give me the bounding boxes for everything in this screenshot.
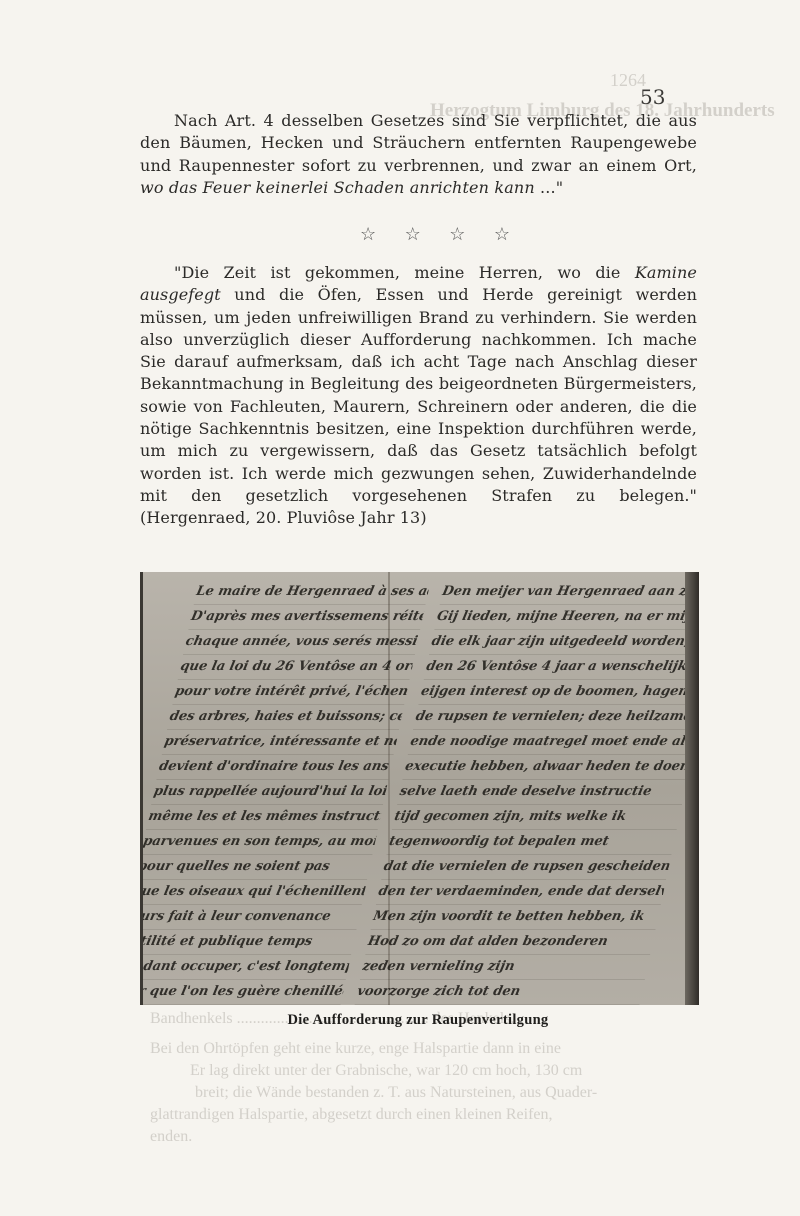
manuscript-line: tijd gecomen zijn, mits welke ik bbox=[392, 805, 682, 830]
manuscript-line: Men zijn voordit te betten hebben, ik bbox=[370, 905, 660, 930]
manuscript-line: pour que l'on les guère chenillées bbox=[140, 980, 346, 1005]
manuscript-line: Le maire de Hergenraed à ses administrés bbox=[194, 580, 431, 605]
manuscript-line: l'utilité et publique temps bbox=[140, 930, 356, 955]
page-number: 53 bbox=[640, 85, 665, 109]
star-icon: ☆ bbox=[449, 224, 465, 245]
show-through-text: glattrandigen Halspartie, abgesetzt durc… bbox=[150, 1106, 553, 1124]
section-separator: ☆ ☆ ☆ ☆ bbox=[360, 224, 510, 245]
star-icon: ☆ bbox=[360, 224, 376, 245]
manuscript-line: parvenues en son temps, au moins bbox=[140, 830, 377, 855]
manuscript-line: de rupsen te vernielen; deze heilzame, g… bbox=[413, 705, 699, 730]
manuscript-line: eijgen interest op de boomen, hagen ende… bbox=[418, 680, 699, 705]
paragraph-1-italic: wo das Feuer keinerlei Schaden anrichten… bbox=[140, 178, 535, 197]
manuscript-line: même les et les mêmes instructions bbox=[146, 805, 383, 830]
manuscript-line: des arbres, haies et buissons; cette mes… bbox=[167, 705, 404, 730]
manuscript-line: Den meijer van Hergenraed aan zijne gedm… bbox=[440, 580, 699, 605]
paragraph-1: Nach Art. 4 desselben Gesetzes sind Sie … bbox=[140, 110, 697, 199]
star-icon: ☆ bbox=[405, 224, 421, 245]
paragraph-1-end: ..." bbox=[535, 178, 563, 197]
manuscript-line: voorzorge zich tot den bbox=[354, 980, 644, 1005]
manuscript-line: den 26 Ventôse 4 jaar a wenschelijk voor… bbox=[424, 655, 699, 680]
manuscript-line: leurs fait à leur convenance bbox=[140, 905, 362, 930]
paragraph-1-text: Nach Art. 4 desselben Gesetzes sind Sie … bbox=[140, 111, 697, 175]
manuscript-line: Gij lieden, mijne Heeren, na er mijne he… bbox=[434, 605, 699, 630]
manuscript-line: zeden vernieling zijn bbox=[360, 955, 650, 980]
manuscript-line: dat die vernielen de rupsen gescheiden bbox=[381, 855, 671, 880]
manuscript-line: tegenwoordig tot bepalen met bbox=[386, 830, 676, 855]
manuscript-line: devient d'ordinaire tous les ans bbox=[156, 755, 393, 780]
show-through-text: breit; die Wände bestanden z. T. aus Nat… bbox=[195, 1084, 597, 1102]
show-through-text: Bei den Ohrtöpfen geht eine kurze, enge … bbox=[150, 1040, 561, 1058]
manuscript-line: chaque année, vous serés messieurs! bbox=[183, 630, 420, 655]
paragraph-2-text: "Die Zeit ist gekommen, meine Herren, wo… bbox=[174, 263, 635, 282]
manuscript-line: D'après mes avertissemens réitérés bbox=[188, 605, 425, 630]
manuscript-line: ende noodige maatregel moet ende alle ja… bbox=[408, 730, 698, 755]
photo-edge-shadow bbox=[685, 572, 699, 1005]
manuscript-photo: Le maire de Hergenraed à ses administrés… bbox=[140, 572, 699, 1005]
manuscript-line: pour quelles ne soient pas bbox=[140, 855, 372, 880]
manuscript-line: Hod zo om dat alden bezonderen bbox=[365, 930, 655, 955]
paragraph-2: "Die Zeit ist gekommen, meine Herren, wo… bbox=[140, 262, 697, 530]
manuscript-line: executie hebben, alwaar heden te doen bbox=[402, 755, 692, 780]
manuscript-line: plus rappellée aujourd'hui la loi bbox=[151, 780, 388, 805]
show-through-text: enden. bbox=[150, 1128, 192, 1146]
paragraph-2-rest: und die Öfen, Essen und Herde gereinigt … bbox=[140, 285, 697, 527]
figure-caption: Die Aufforderung zur Raupenvertilgung bbox=[140, 1012, 696, 1029]
manuscript-line: selve laeth ende deselve instructie bbox=[397, 780, 687, 805]
manuscript-line: préservatrice, intéressante et nécessair… bbox=[162, 730, 399, 755]
manuscript-line: pendant occuper, c'est longtemps bbox=[140, 955, 351, 980]
star-icon: ☆ bbox=[494, 224, 510, 245]
manuscript-line: que les oiseaux qui l'échenillent bbox=[140, 880, 367, 905]
manuscript-line: que la loi du 26 Ventôse an 4 ordonne bbox=[178, 655, 415, 680]
manuscript-line: pour votre intérêt privé, l'échenillage bbox=[172, 680, 409, 705]
manuscript-line: den ter verdaeminden, ende dat derselve bbox=[376, 880, 666, 905]
manuscript-line: die elk jaar zijn uitgedeeld worden, dat… bbox=[429, 630, 699, 655]
show-through-text: Er lag direkt unter der Grabnische, war … bbox=[190, 1062, 582, 1080]
